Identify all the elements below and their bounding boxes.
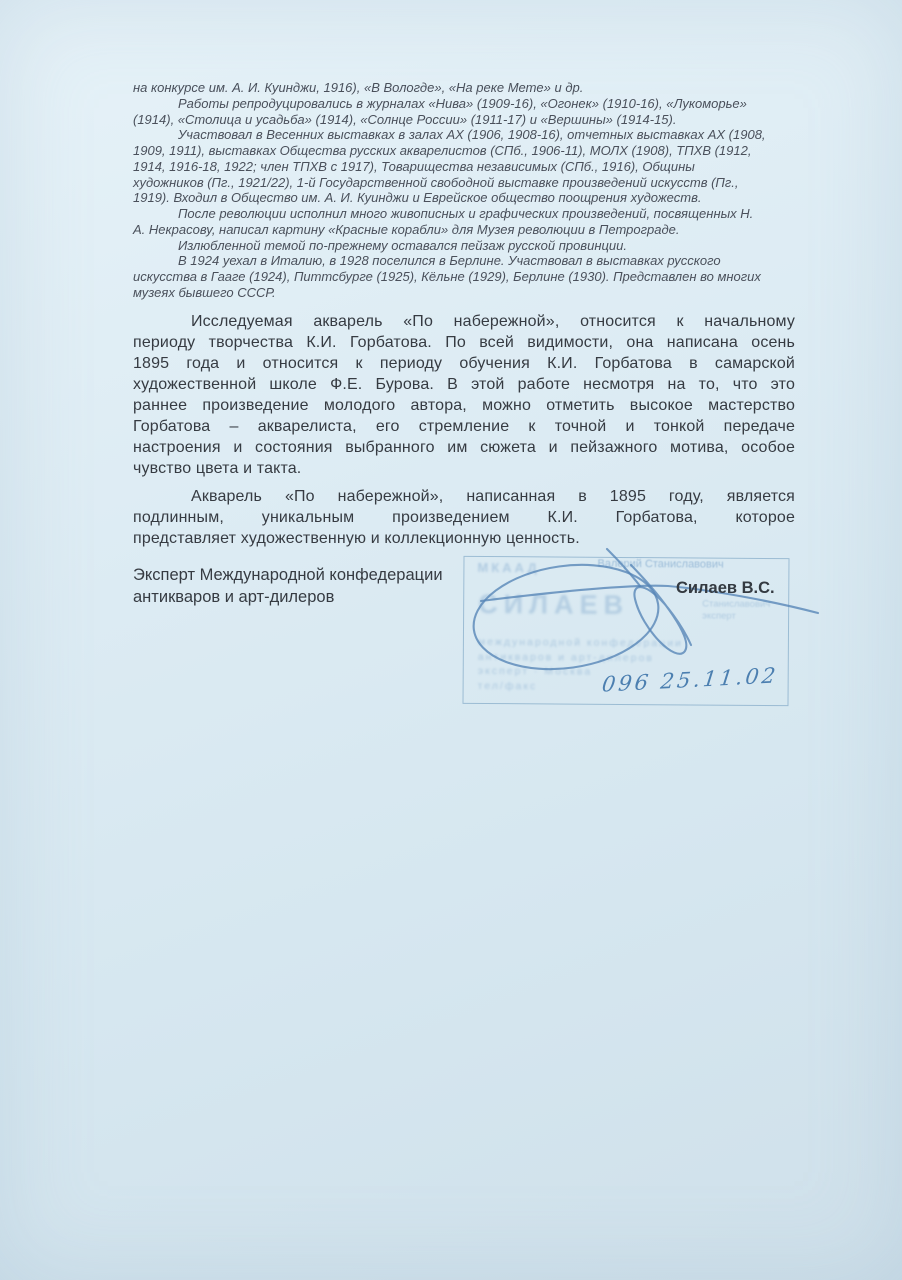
expert-title-line: антикваров и арт-дилеров [133,587,443,609]
paragraph-line: представляет художественную и коллекцион… [133,528,795,549]
bio-line: А. Некрасову, написал картину «Красные к… [133,222,823,238]
bio-line: В 1924 уехал в Италию, в 1928 поселился … [133,253,823,269]
bio-line: После революции исполнил много живописны… [133,206,823,222]
bio-line: искусства в Гааге (1924), Питтсбурге (19… [133,269,823,285]
paragraph-line: Горбатова – акварелиста, его стремление … [133,416,795,437]
stamp-faint-row: эксперт [702,611,770,623]
stamp-faint-text: МКААД [477,560,539,575]
bio-line: Излюбленной темой по-прежнему оставался … [133,238,823,254]
bio-line: (1914), «Столица и усадьба» (1914), «Сол… [133,112,823,128]
bio-line: Работы репродуцировались в журналах «Нив… [133,96,823,112]
paragraph-line: периоду творчества К.И. Горбатова. По вс… [133,332,795,353]
paragraph-line: Акварель «По набережной», написанная в 1… [133,486,795,507]
expertise-paragraph-2: Акварель «По набережной», написанная в 1… [133,486,795,549]
paragraph-line: Исследуемая акварель «По набережной», от… [133,311,795,332]
expert-title-line: Эксперт Международной конфедерации [133,565,443,587]
paragraph-line: настроения и состояния выбранного им сюж… [133,437,795,458]
bio-line: музеях бывшего СССР. [133,285,823,301]
signer-name: Силаев В.С. [676,579,775,598]
stamp-faint-row: Станиславович [702,599,770,611]
paragraph-line: 1895 года и относится к периоду обучения… [133,353,795,374]
stamp-faint-text: Валерий Станиславович [597,558,723,571]
stamp-faint-row: антикваров и арт-дилеров [478,649,683,665]
stamp-faint-row: международной конфедерации [478,635,683,651]
paragraph-line: раннее произведение молодого автора, мож… [133,395,795,416]
bio-line: на конкурсе им. А. И. Куинджи, 1916), «В… [133,80,823,96]
bio-line: 1909, 1911), выставках Общества русских … [133,143,823,159]
stamp-faint-text: СИЛАЕВ [478,589,629,621]
paragraph-line: художественной школе Ф.Е. Бурова. В этой… [133,374,795,395]
stamp-faint-text: Станиславович эксперт [702,599,770,623]
paragraph-line: чувство цвета и такта. [133,458,795,479]
paragraph-line: подлинным, уникальным произведением К.И.… [133,507,795,528]
bio-line: 1919). Входил в Общество им. А. И. Куинд… [133,190,823,206]
expert-title-block: Эксперт Международной конфедерации антик… [133,565,443,608]
expertise-paragraph-1: Исследуемая акварель «По набережной», от… [133,311,795,479]
bio-line: художников (Пг., 1921/22), 1-й Государст… [133,175,823,191]
bio-line: 1914, 1916-18, 1922; член ТПХВ с 1917), … [133,159,823,175]
scanned-document-page: на конкурсе им. А. И. Куинджи, 1916), «В… [0,0,902,1280]
biography-italic-block: на конкурсе им. А. И. Куинджи, 1916), «В… [133,80,823,301]
bio-line: Участвовал в Весенних выставках в залах … [133,127,823,143]
